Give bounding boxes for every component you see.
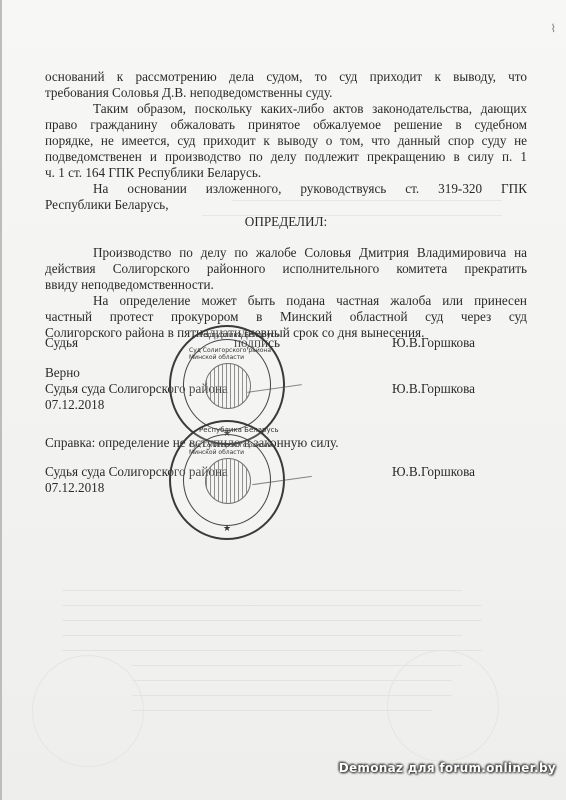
emblem-icon [205,363,251,409]
verified-label: Верно [45,365,80,381]
text-line: На определение может быть подана частная… [45,293,527,309]
document-page: ⌇ оснований к рассмотрению дела судом, т… [0,0,566,800]
emblem-icon [205,458,251,504]
text-line: ч. 1 ст. 164 ГПК Республики Беларусь. [45,165,527,181]
text-line: ввиду неподведомственности. [45,277,527,293]
court-stamp: Республика Беларусь Суд Солигорского рай… [169,420,285,540]
watermark: Demonaz для forum.onliner.by [339,761,556,775]
text-line: подведомственен и производство по делу п… [45,149,527,165]
date: 07.12.2018 [45,397,104,413]
text-line: Республики Беларусь, [45,197,527,213]
ruling-heading: ОПРЕДЕЛИЛ: [45,214,527,230]
text-line: требования Соловья Д.В. неподведомственн… [45,85,527,101]
text-line: Таким образом, поскольку каких-либо акто… [45,101,527,117]
star-icon: ★ [223,523,231,534]
judge-name: Ю.В.Горшкова [392,381,475,397]
text-line: действия Солигорского районного исполнит… [45,261,527,277]
judge-label: Судья [45,335,78,351]
text-line: Производство по делу по жалобе Соловья Д… [45,245,527,261]
judge-name: Ю.В.Горшкова [392,335,475,351]
text-line: право гражданину обжаловать принятое обж… [45,117,527,133]
faint-stamp-left [32,655,144,767]
judge-name: Ю.В.Горшкова [392,464,475,480]
text-line: На основании изложенного, руководствуясь… [45,181,527,197]
faint-stamp-right [387,650,499,762]
corner-mark: ⌇ [551,22,556,35]
text-line: оснований к рассмотрению дела судом, то … [45,69,527,85]
date: 07.12.2018 [45,480,104,496]
text-line: частный протест прокурором в Минский обл… [45,309,527,325]
text-line: порядке, не имеется, суд приходит к выво… [45,133,527,149]
